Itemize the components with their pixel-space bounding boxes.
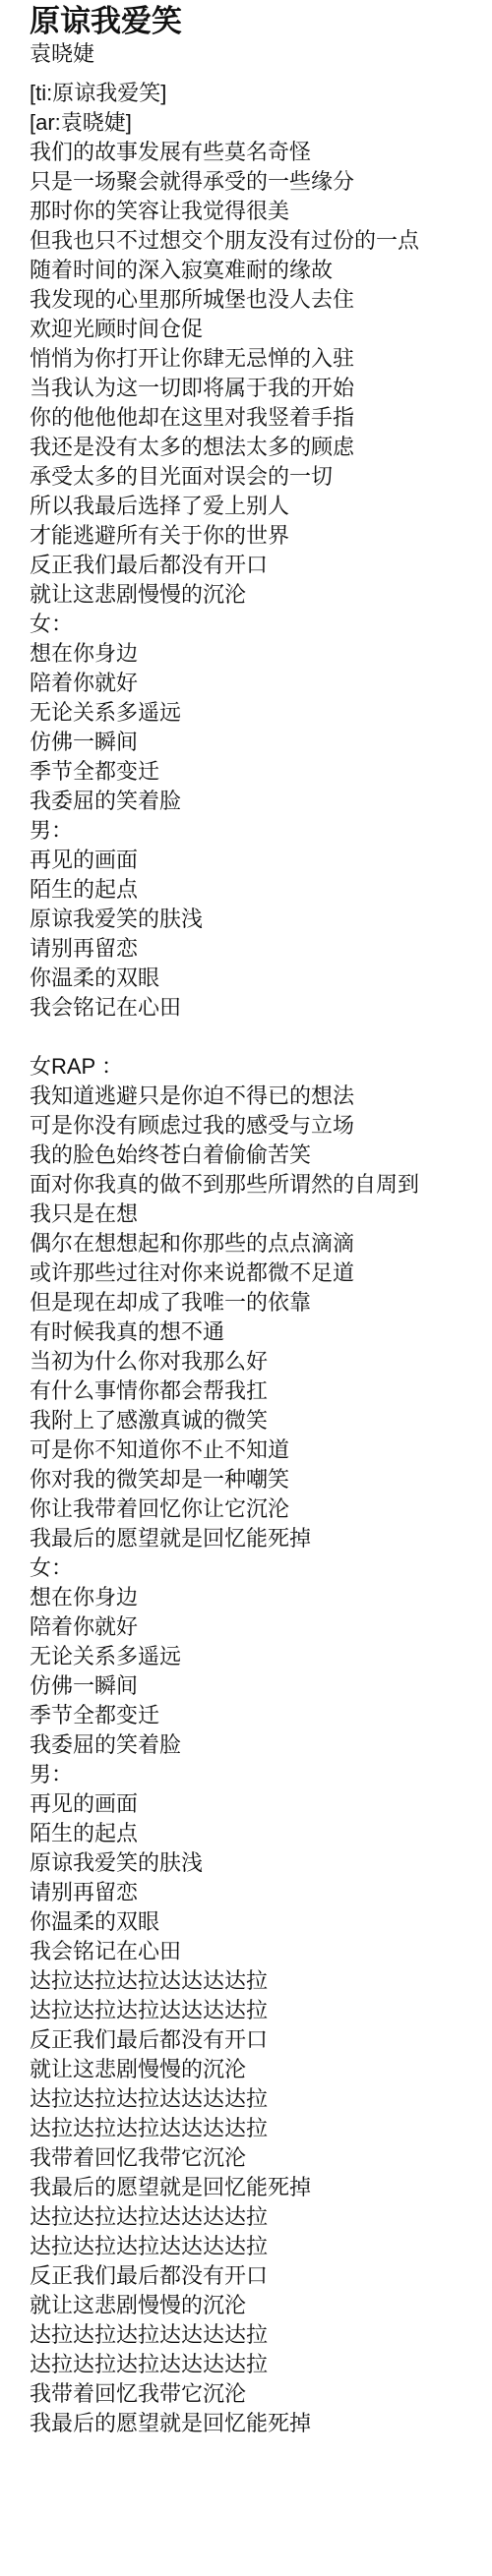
lyric-line [30,1023,464,1052]
lyric-line: 就让这悲剧慢慢的沉沦 [30,2055,464,2084]
lyric-line: 我最后的愿望就是回忆能死掉 [30,2173,464,2202]
lyric-line: 我带着回忆我带它沉沦 [30,2143,464,2173]
lyric-line: 才能逃避所有关于你的世界 [30,521,464,551]
lyric-line: 达拉达拉达拉达达达达拉 [30,2350,464,2379]
lyric-line: 反正我们最后都没有开口 [30,2261,464,2291]
lyric-line: 达拉达拉达拉达达达达拉 [30,2114,464,2143]
lyric-line: 我知道逃避只是你迫不得已的想法 [30,1082,464,1111]
lyric-line: 再见的画面 [30,846,464,875]
lyric-line: 就让这悲剧慢慢的沉沦 [30,2291,464,2320]
lyric-line: 反正我们最后都没有开口 [30,2025,464,2055]
lyric-line: 仿佛一瞬间 [30,728,464,757]
lyric-line: 季节全都变迁 [30,757,464,787]
lyric-line: 那时你的笑容让我觉得很美 [30,197,464,226]
lyric-line: 达拉达拉达拉达达达达拉 [30,1996,464,2025]
lyric-line: 或许那些过往对你来说都微不足道 [30,1259,464,1288]
lyric-line: [ti:原谅我爱笑] [30,79,464,108]
lyric-line: 陪着你就好 [30,669,464,698]
lyric-line: 达拉达拉达拉达达达达拉 [30,2232,464,2261]
lyric-line: 女： [30,1553,464,1583]
lyric-line: 达拉达拉达拉达达达达拉 [30,2084,464,2114]
lyric-line: 原谅我爱笑的肤浅 [30,905,464,934]
lyric-line: 原谅我爱笑的肤浅 [30,1848,464,1878]
lyric-line: 偶尔在想想起和你那些的点点滴滴 [30,1229,464,1259]
lyric-line: 承受太多的目光面对误会的一切 [30,462,464,492]
lyric-line: 女： [30,610,464,639]
lyric-line: 无论关系多遥远 [30,698,464,728]
lyric-line: 欢迎光顾时间仓促 [30,315,464,344]
lyric-line: 我只是在想 [30,1200,464,1229]
lyric-line: 只是一场聚会就得承受的一些缘分 [30,167,464,197]
lyric-line: 我们的故事发展有些莫名奇怪 [30,138,464,167]
lyric-line: 再见的画面 [30,1789,464,1819]
lyric-line: 我最后的愿望就是回忆能死掉 [30,2409,464,2438]
lyric-line: 悄悄为你打开让你肆无忌惮的入驻 [30,344,464,374]
lyric-line: 陌生的起点 [30,875,464,905]
lyric-line: 当初为什么你对我那么好 [30,1347,464,1376]
lyric-line: 达拉达拉达拉达达达达拉 [30,1966,464,1996]
lyric-line: 你温柔的双眼 [30,964,464,993]
lyric-line: 我发现的心里那所城堡也没人去住 [30,285,464,315]
lyric-line: 有什么事情你都会帮我扛 [30,1376,464,1406]
lyric-line: 我会铭记在心田 [30,1937,464,1966]
lyric-line: 你对我的微笑却是一种嘲笑 [30,1465,464,1494]
lyric-line: 无论关系多遥远 [30,1642,464,1671]
lyric-line: 达拉达拉达拉达达达达拉 [30,2320,464,2350]
lyric-line: [ar:袁晓婕] [30,108,464,138]
lyric-line: 女RAP ： [30,1052,464,1082]
lyric-line: 男： [30,1760,464,1789]
artist-name: 袁晓婕 [30,41,464,67]
lyric-line: 有时候我真的想不通 [30,1317,464,1347]
lyric-line: 想在你身边 [30,639,464,669]
lyric-line: 我委屈的笑着脸 [30,787,464,816]
lyric-line: 可是你不知道你不止不知道 [30,1435,464,1465]
song-title: 原谅我爱笑 [30,4,464,39]
lyric-line: 当我认为这一切即将属于我的开始 [30,374,464,403]
lyric-line: 我还是没有太多的想法太多的顾虑 [30,433,464,462]
lyric-line: 我带着回忆我带它沉沦 [30,2379,464,2409]
lyric-line: 你的他他他却在这里对我竖着手指 [30,403,464,433]
lyric-line: 可是你没有顾虑过我的感受与立场 [30,1111,464,1141]
lyric-line: 反正我们最后都没有开口 [30,551,464,580]
lyric-line: 陌生的起点 [30,1819,464,1848]
lyric-line: 男： [30,816,464,846]
lyric-line: 我最后的愿望就是回忆能死掉 [30,1524,464,1553]
lyric-line: 但我也只不过想交个朋友没有过份的一点 [30,226,464,256]
lyrics-page: 原谅我爱笑 袁晓婕 [ti:原谅我爱笑][ar:袁晓婕]我们的故事发展有些莫名奇… [0,0,492,2438]
lyric-line: 我委屈的笑着脸 [30,1730,464,1760]
lyric-line: 但是现在却成了我唯一的依靠 [30,1288,464,1317]
lyric-line: 请别再留恋 [30,934,464,964]
lyric-line: 我附上了感激真诚的微笑 [30,1406,464,1435]
lyric-line: 季节全都变迁 [30,1701,464,1730]
lyric-line: 你温柔的双眼 [30,1907,464,1937]
lyric-line: 面对你我真的做不到那些所谓然的自周到 [30,1170,464,1200]
lyric-line: 仿佛一瞬间 [30,1671,464,1701]
lyric-line: 我会铭记在心田 [30,993,464,1023]
lyric-line: 所以我最后选择了爱上别人 [30,492,464,521]
lyric-line: 我的脸色始终苍白着偷偷苦笑 [30,1141,464,1170]
lyric-line: 你让我带着回忆你让它沉沦 [30,1494,464,1524]
lyric-line: 陪着你就好 [30,1612,464,1642]
lyric-line: 请别再留恋 [30,1878,464,1907]
lyric-line: 就让这悲剧慢慢的沉沦 [30,580,464,610]
lyric-line: 随着时间的深入寂寞难耐的缘故 [30,256,464,285]
lyrics: [ti:原谅我爱笑][ar:袁晓婕]我们的故事发展有些莫名奇怪只是一场聚会就得承… [30,79,464,2438]
lyric-line: 达拉达拉达拉达达达达拉 [30,2202,464,2232]
lyric-line: 想在你身边 [30,1583,464,1612]
